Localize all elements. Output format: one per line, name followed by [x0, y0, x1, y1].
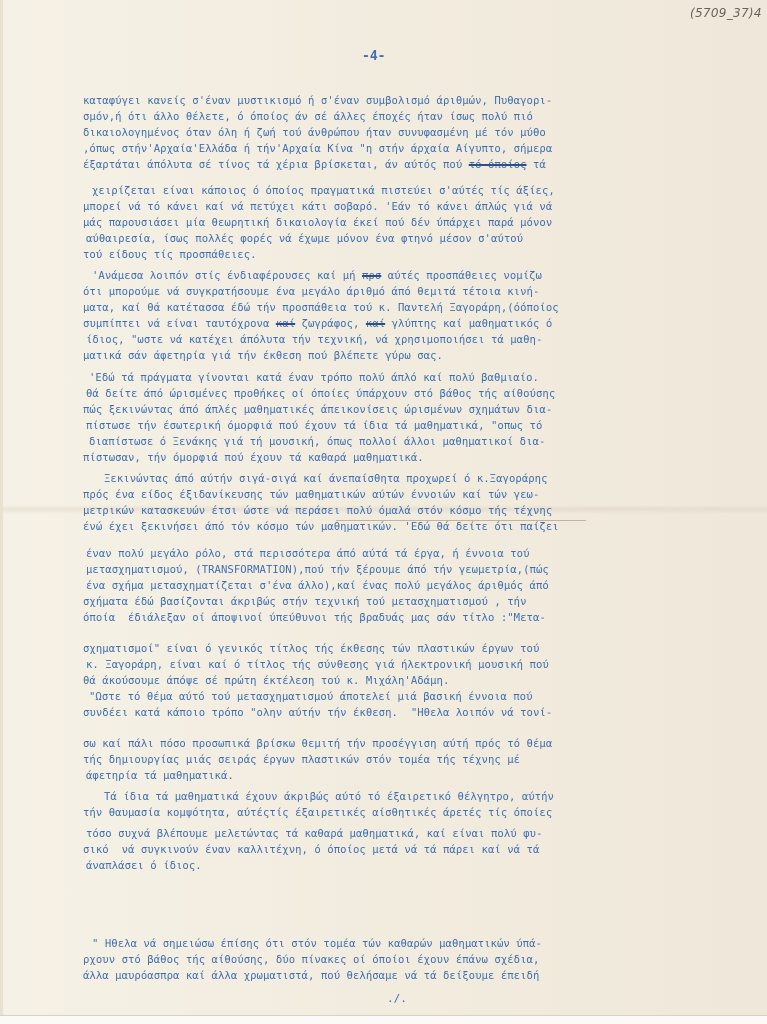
text-line: ένα σχήμα μετασχηματίζεται σ'ένα άλλο),κ… — [86, 580, 549, 592]
struck-text: τό όποίος — [469, 159, 527, 171]
text-line: τήν θαυμασία κομψότητα, αύτέςτίς έξαιρετ… — [83, 807, 552, 819]
text-line: ματα, καί θά κατέτασσα έδώ τήν προσπάθει… — [83, 302, 559, 314]
text-line: άφετηρία τά μαθηματικά. — [86, 770, 234, 782]
text-line: 'Εδώ τά πράγματα γίνονται κατά έναν τρόπ… — [89, 372, 539, 384]
text-line: κ. Ξαγοράρη, είναι καί ό τίτλος τής σύνθ… — [86, 659, 549, 671]
text-line: αύθαιρεσία, ίσως πολλές φορές νά έχωμε μ… — [86, 233, 523, 245]
archive-reference: (5709_37)4 — [690, 6, 762, 20]
text-line: άλλα μαυρόασπρα καί άλλα χρωματιστά, πού… — [83, 970, 539, 982]
text-line: πίστωσε τήν έσωτερική όμορφιά πού έχουν … — [86, 420, 542, 432]
text-line: μπορεί νά τό κάνει καί νά πετύχει κάτι σ… — [83, 201, 552, 213]
struck-text: καί — [366, 318, 385, 330]
text-line: μάς παρουσιάσει μία θεωρητική δικαιολογί… — [83, 217, 552, 229]
text-line: όποία έδιάλεξαν οί άποψινοί ύπεύθυνοι τή… — [83, 612, 546, 624]
text-line: δικαιολογημένος όταν όλη ή ζωή τού άνθρώ… — [83, 127, 546, 139]
text-line: τής δημιουργίας μιάς σειράς έργων πλαστι… — [83, 754, 520, 766]
text-line: σικό νά συγκινούν έναν καλλιτέχνη, ό όπο… — [83, 844, 539, 856]
page-bottom-edge — [0, 1015, 767, 1024]
text-line: έναν πολύ μεγάλο ρόλο, στά περισσότερα ά… — [86, 548, 530, 560]
text-line: καταφύγει κανείς σ'έναν μυστικισμό ή σ'έ… — [83, 95, 552, 107]
text-line: θά δείτε άπό ώρισμένες προθήκες οί όποίε… — [86, 388, 555, 400]
text-line: σχηματισμοί" είναι ό γενικός τίτλος τής … — [83, 643, 539, 655]
text-line: τού είδους τίς προσπάθειες. — [83, 249, 257, 261]
text-line: διαπίστωσε ό Ξενάκης γιά τή μουσική, όπω… — [89, 436, 545, 448]
struck-text: καί — [276, 318, 295, 330]
text-line: συνδέει κατά κάποιο τρόπο "ολην αύτήν τή… — [83, 707, 552, 719]
text-line: έξαρτάται άπόλυτα σέ τίνος τά χέρια βρίσ… — [83, 159, 546, 171]
text-line: ρχουν στό βάθος τής αίθούσης, δύο πίνακε… — [83, 954, 539, 966]
text-line: "Ωστε τό θέμα αύτό τού μετασχηματισμού ά… — [89, 691, 533, 703]
text-line: πίστωσαν, τήν όμορφιά πού έχουν τά καθαρ… — [83, 452, 424, 464]
text-line: θά άκούσουμε άπόψε σέ πρώτη έκτέλεση τού… — [83, 675, 449, 687]
text-line: Τά ίδια τά μαθηματικά έχουν άκριβώς αύτό… — [104, 791, 554, 803]
text-line: Ξεκινώντας άπό αύτήν σιγά-σιγά καί άνεπα… — [104, 473, 548, 485]
text-line: σχήματα έδώ βασίζονται άκριβώς στήν τεχν… — [83, 596, 527, 608]
text-line: 'Ανάμεσα λοιπόν στίς ένδιαφέρουσες καί μ… — [92, 270, 542, 282]
text-line: ότι μπορούμε νά συγκρατήσουμε ένα μεγάλο… — [83, 286, 539, 298]
text-line: μετρικών κατασκευών έτσι ώστε νά περάσει… — [83, 505, 552, 517]
struck-text: πρσ — [362, 270, 381, 282]
text-line: συμπίπτει νά είναι ταυτόχρονα καί ζωγράφ… — [83, 318, 552, 330]
text-line: άναπλάσει ό ίδιος. — [86, 860, 202, 872]
pencil-underline — [336, 520, 586, 521]
text-line: σμόν,ή ότι άλλο θέλετε, ό όποίος άν σέ ά… — [83, 111, 533, 123]
text-line: ματικά σάν άφετηρία γιά τήν έκθεση πού β… — [83, 350, 443, 362]
page-left-edge — [0, 0, 3, 1024]
text-line: σω καί πάλι πόσο προσωπικά βρίσκω θεμιτή… — [83, 738, 552, 750]
text-line: μετασχηματισμού, (TRANSFORMATION),πού τή… — [86, 564, 549, 576]
text-line: ,όπως στήν'Αρχαία'Ελλάδα ή τήν'Αρχαία Κί… — [83, 143, 552, 155]
text-line: πώς ξεκινώντας άπό άπλές μαθηματικές άπε… — [83, 404, 552, 416]
page-number: -4- — [362, 49, 385, 64]
text-line: ίδιος, "ωστε νά κατέχει άπόλυτα τήν τεχν… — [86, 334, 542, 346]
continuation-mark: ./. — [387, 992, 407, 1005]
text-line: τόσο συχνά βλέπουμε μελετώντας τά καθαρά… — [86, 828, 542, 840]
text-line: χειρίζεται είναι κάποιος ό όποίος πραγμα… — [92, 185, 555, 197]
text-line: " Ηθελα νά σημειώσω έπίσης ότι στόν τομέ… — [92, 938, 542, 950]
text-line: ένώ έχει ξεκινήσει άπό τόν κόσμο τών μαθ… — [83, 521, 559, 533]
text-line: πρός ένα είδος έξιδανίκευσης τών μαθηματ… — [83, 489, 539, 501]
